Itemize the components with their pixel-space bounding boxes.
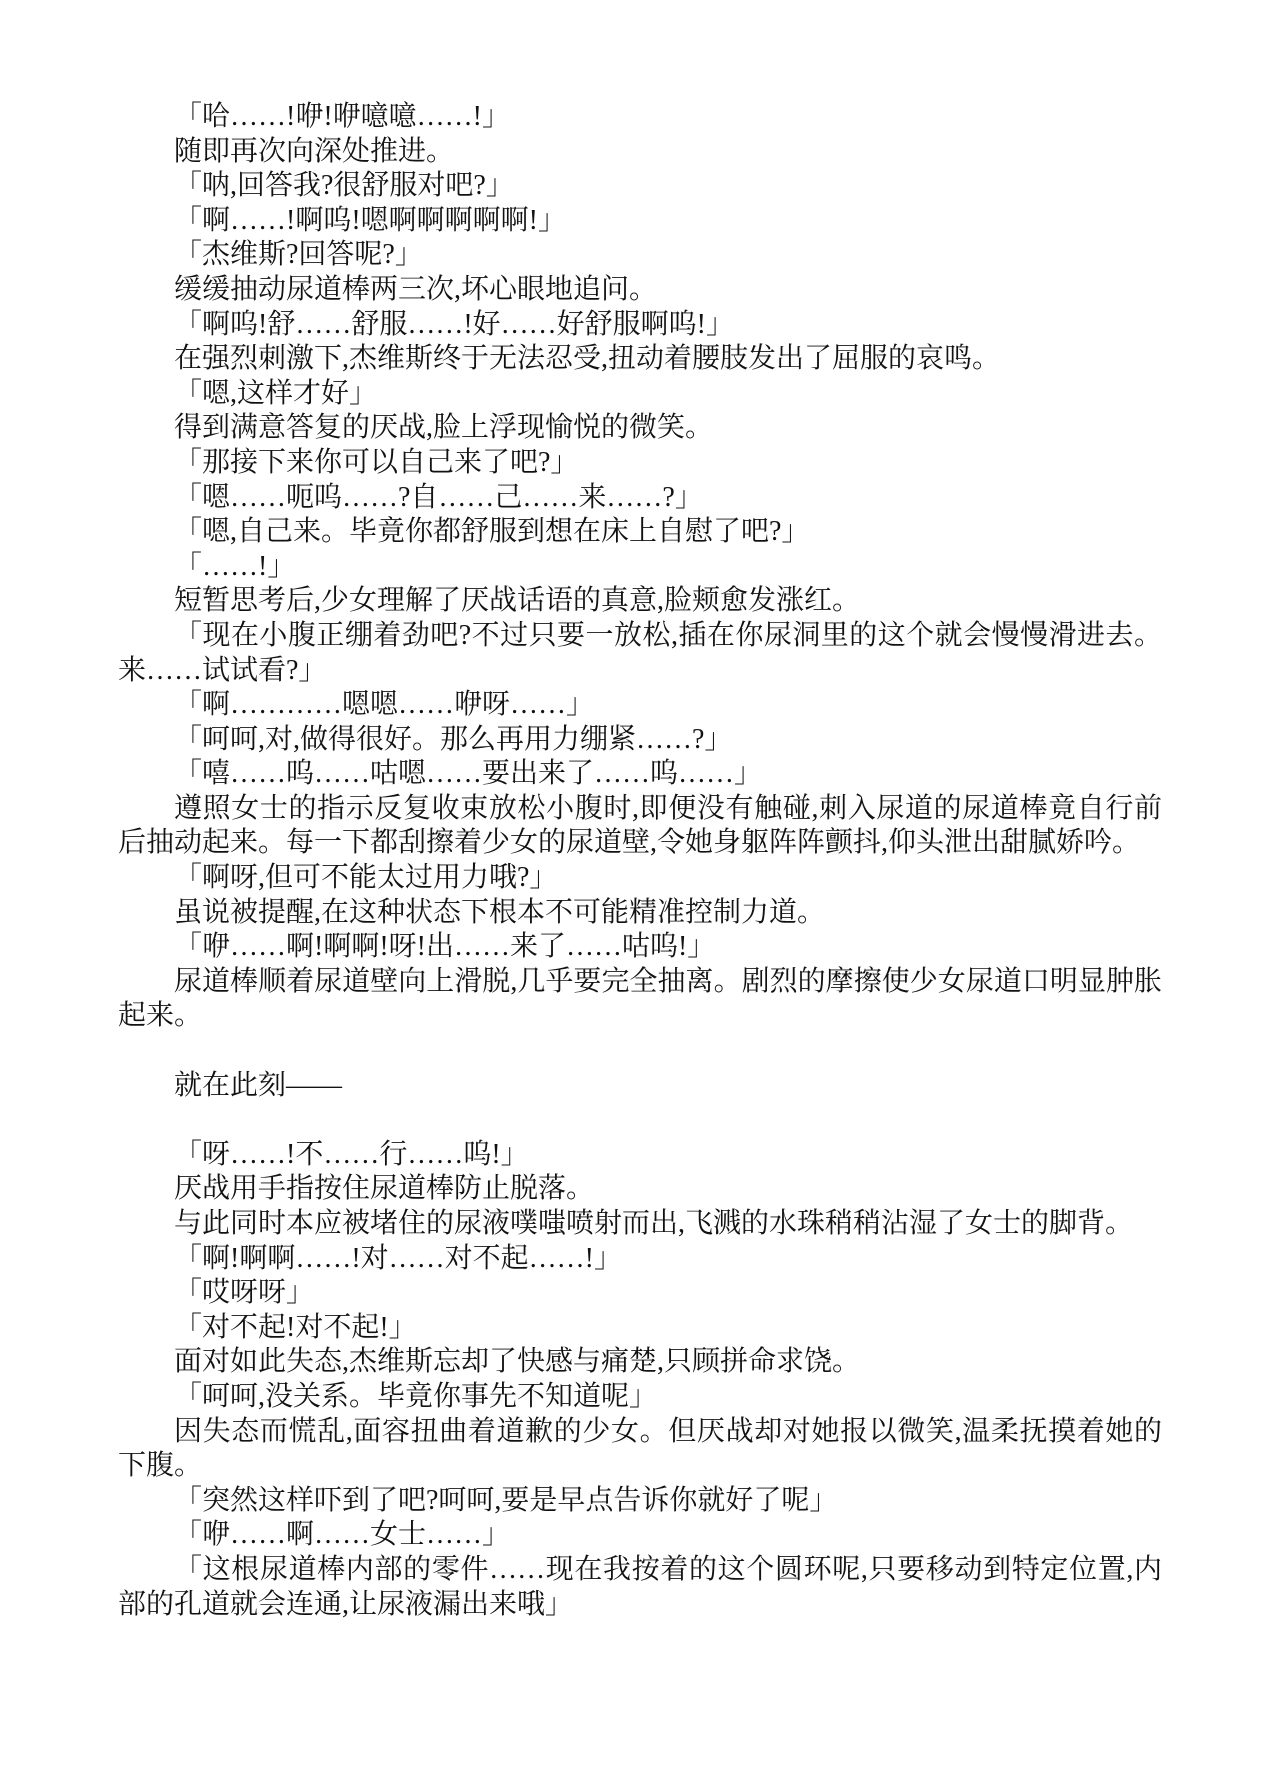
narration-line: 得到满意答复的厌战,脸上浮现愉悦的微笑。 xyxy=(118,411,1162,446)
dialogue-line: 「突然这样吓到了吧?呵呵,要是早点告诉你就好了呢」 xyxy=(118,1484,1162,1519)
narration-line: 遵照女士的指示反复收束放松小腹时,即便没有触碰,刺入尿道的尿道棒竟自行前后抽动起… xyxy=(118,792,1162,861)
novel-page: 「哈……!咿!咿噫噫……!」随即再次向深处推进。「呐,回答我?很舒服对吧?」「啊… xyxy=(0,0,1280,1790)
dialogue-line: 「咿……啊!啊啊!呀!出……来了……咕呜!」 xyxy=(118,930,1162,965)
narration-line: 短暂思考后,少女理解了厌战话语的真意,脸颊愈发涨红。 xyxy=(118,584,1162,619)
dialogue-line: 「杰维斯?回答呢?」 xyxy=(118,238,1162,273)
narration-line: 与此同时本应被堵住的尿液噗嗤喷射而出,飞溅的水珠稍稍沾湿了女士的脚背。 xyxy=(118,1207,1162,1242)
dialogue-line: 「啊呀,但可不能太过用力哦?」 xyxy=(118,861,1162,896)
dialogue-line: 「嗯,自己来。毕竟你都舒服到想在床上自慰了吧?」 xyxy=(118,515,1162,550)
narration-line: 缓缓抽动尿道棒两三次,坏心眼地追问。 xyxy=(118,273,1162,308)
scene-break-line: 就在此刻—— xyxy=(118,1069,1162,1104)
dialogue-line: 「呵呵,对,做得很好。那么再用力绷紧……?」 xyxy=(118,723,1162,758)
text-body: 「哈……!咿!咿噫噫……!」随即再次向深处推进。「呐,回答我?很舒服对吧?」「啊… xyxy=(118,100,1162,1622)
dialogue-line: 「哎呀呀」 xyxy=(118,1276,1162,1311)
dialogue-line: 「嗯……呃呜……?自……己……来……?」 xyxy=(118,481,1162,516)
dialogue-line: 「啊…………嗯嗯……咿呀……」 xyxy=(118,688,1162,723)
narration-line: 虽说被提醒,在这种状态下根本不可能精准控制力道。 xyxy=(118,896,1162,931)
dialogue-line: 「呵呵,没关系。毕竟你事先不知道呢」 xyxy=(118,1380,1162,1415)
dialogue-line: 「现在小腹正绷着劲吧?不过只要一放松,插在你尿洞里的这个就会慢慢滑进去。来……试… xyxy=(118,619,1162,688)
narration-line: 随即再次向深处推进。 xyxy=(118,135,1162,170)
narration-line: 厌战用手指按住尿道棒防止脱落。 xyxy=(118,1172,1162,1207)
dialogue-line: 「对不起!对不起!」 xyxy=(118,1311,1162,1346)
narration-line: 面对如此失态,杰维斯忘却了快感与痛楚,只顾拼命求饶。 xyxy=(118,1345,1162,1380)
dialogue-line: 「咿……啊……女士……」 xyxy=(118,1518,1162,1553)
dialogue-line: 「啊!啊啊……!对……对不起……!」 xyxy=(118,1242,1162,1277)
narration-line: 因失态而慌乱,面容扭曲着道歉的少女。但厌战却对她报以微笑,温柔抚摸着她的下腹。 xyxy=(118,1415,1162,1484)
dialogue-line: 「呐,回答我?很舒服对吧?」 xyxy=(118,169,1162,204)
dialogue-line: 「嗯,这样才好」 xyxy=(118,377,1162,412)
dialogue-line: 「那接下来你可以自己来了吧?」 xyxy=(118,446,1162,481)
dialogue-line: 「这根尿道棒内部的零件……现在我按着的这个圆环呢,只要移动到特定位置,内部的孔道… xyxy=(118,1553,1162,1622)
dialogue-line: 「呀……!不……行……呜!」 xyxy=(118,1138,1162,1173)
dialogue-line: 「哈……!咿!咿噫噫……!」 xyxy=(118,100,1162,135)
dialogue-line: 「啊呜!舒……舒服……!好……好舒服啊呜!」 xyxy=(118,308,1162,343)
dialogue-line: 「……!」 xyxy=(118,550,1162,585)
dialogue-line: 「嘻……呜……咕嗯……要出来了……呜……」 xyxy=(118,757,1162,792)
narration-line: 在强烈刺激下,杰维斯终于无法忍受,扭动着腰肢发出了屈服的哀鸣。 xyxy=(118,342,1162,377)
dialogue-line: 「啊……!啊呜!嗯啊啊啊啊啊!」 xyxy=(118,204,1162,239)
narration-line: 尿道棒顺着尿道壁向上滑脱,几乎要完全抽离。剧烈的摩擦使少女尿道口明显肿胀起来。 xyxy=(118,965,1162,1034)
